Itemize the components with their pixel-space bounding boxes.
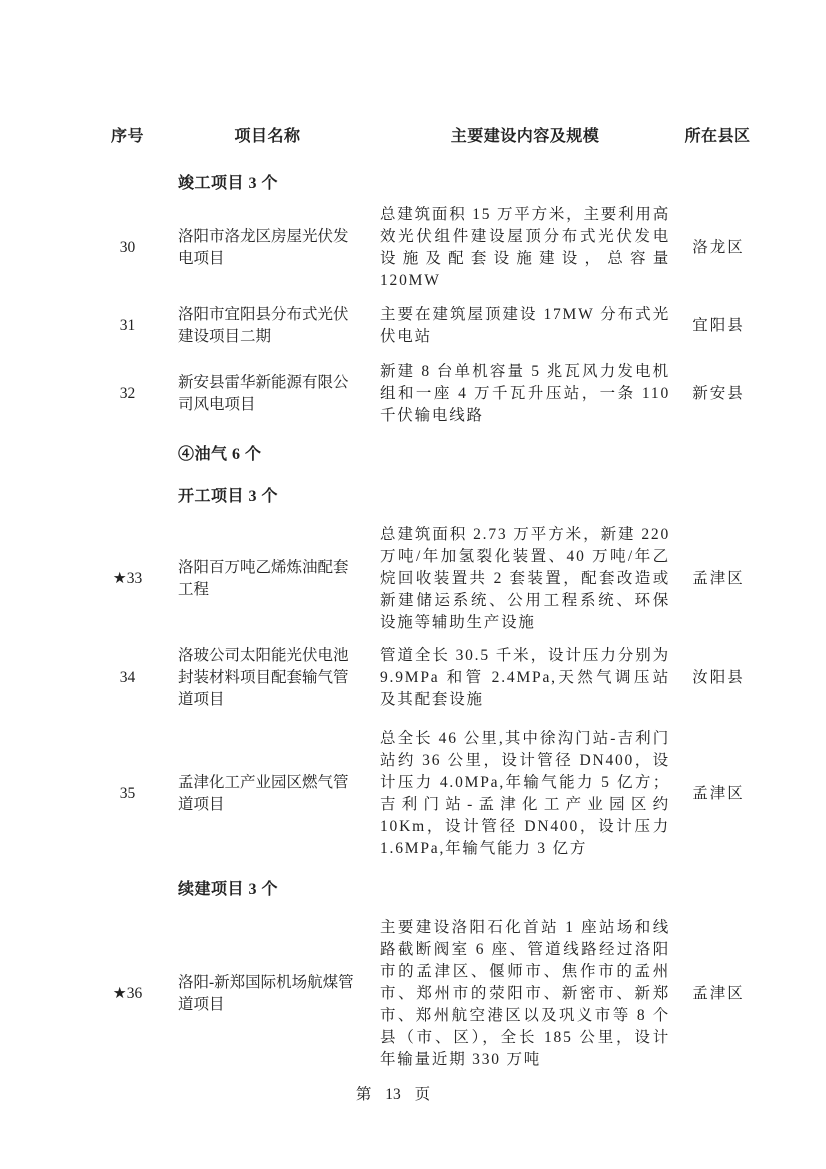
project-name: 新安县雷华新能源有限公司风电项目	[178, 372, 358, 416]
project-name-cell: 新安县雷华新能源有限公司风电项目	[155, 372, 380, 416]
project-row-32: 32 新安县雷华新能源有限公司风电项目 新建 8 台单机容量 5 兆瓦风力发电机…	[100, 361, 760, 427]
section-label: 续建项目 3 个	[155, 879, 380, 901]
project-name-cell: 洛阳市宜阳县分布式光伏建设项目二期	[155, 304, 380, 348]
row-number-text: 33	[127, 570, 143, 587]
project-name: 洛玻公司太阳能光伏电池封装材料项目配套输气管道项目	[178, 645, 358, 711]
project-row-31: 31 洛阳市宜阳县分布式光伏建设项目二期 主要在建筑屋顶建设 17MW 分布式光…	[100, 304, 760, 348]
project-name-cell: 洛阳百万吨乙烯炼油配套工程	[155, 557, 380, 601]
star-icon: ★	[113, 985, 127, 1002]
row-number: 35	[100, 783, 155, 805]
section-label: 竣工项目 3 个	[155, 173, 380, 195]
header-主要建设内容及规模: 主要建设内容及规模	[380, 126, 670, 148]
project-name: 洛阳-新郑国际机场航煤管道项目	[178, 972, 358, 1016]
section-row-start: 开工项目 3 个	[100, 486, 760, 508]
project-name-cell: 洛阳-新郑国际机场航煤管道项目	[155, 972, 380, 1016]
header-项目名称: 项目名称	[155, 126, 380, 148]
project-content: 总全长 46 公里,其中徐沟门站-吉利门站约 36 公里，设计管径 DN400，…	[380, 728, 670, 860]
row-number: ★33	[100, 568, 155, 590]
document-page: 序号 项目名称 主要建设内容及规模 所在县区 竣工项目 3 个 30 洛阳市洛龙…	[0, 0, 826, 1169]
page-number: 第 13 页	[0, 1082, 826, 1104]
project-content: 总建筑面积 2.73 万平方米，新建 220 万吨/年加氢裂化装置、40 万吨/…	[380, 524, 670, 634]
project-row-36: ★36 洛阳-新郑国际机场航煤管道项目 主要建设洛阳石化首站 1 座站场和线路截…	[100, 917, 760, 1071]
section-row-continue: 续建项目 3 个	[100, 879, 760, 901]
row-number: 34	[100, 667, 155, 689]
project-name: 洛阳百万吨乙烯炼油配套工程	[178, 557, 358, 601]
project-district: 孟津区	[670, 783, 765, 805]
section-label: 开工项目 3 个	[155, 486, 380, 508]
row-number: 30	[100, 237, 155, 259]
section-row-oil-gas: ④油气 6 个	[100, 444, 760, 466]
row-number: ★36	[100, 983, 155, 1005]
project-district: 宜阳县	[670, 315, 765, 337]
row-number-text: 36	[127, 985, 143, 1002]
project-district: 孟津区	[670, 568, 765, 590]
project-content: 主要建设洛阳石化首站 1 座站场和线路截断阀室 6 座、管道线路经过洛阳市的孟津…	[380, 917, 670, 1071]
project-row-35: 35 孟津化工产业园区燃气管道项目 总全长 46 公里,其中徐沟门站-吉利门站约…	[100, 728, 760, 860]
project-row-30: 30 洛阳市洛龙区房屋光伏发电项目 总建筑面积 15 万平方米，主要利用高效光伏…	[100, 204, 760, 292]
projects-table: 序号 项目名称 主要建设内容及规模 所在县区 竣工项目 3 个 30 洛阳市洛龙…	[100, 126, 760, 1071]
project-district: 新安县	[670, 383, 765, 405]
project-name: 洛阳市洛龙区房屋光伏发电项目	[178, 226, 358, 270]
header-序号: 序号	[100, 126, 155, 148]
project-content: 总建筑面积 15 万平方米，主要利用高效光伏组件建设屋顶分布式光伏发电设施及配套…	[380, 204, 670, 292]
section-label: ④油气 6 个	[155, 444, 380, 466]
project-name: 孟津化工产业园区燃气管道项目	[178, 772, 358, 816]
row-number: 31	[100, 315, 155, 337]
row-number: 32	[100, 383, 155, 405]
project-name-cell: 洛阳市洛龙区房屋光伏发电项目	[155, 226, 380, 270]
table-header-row: 序号 项目名称 主要建设内容及规模 所在县区	[100, 126, 760, 148]
project-name: 洛阳市宜阳县分布式光伏建设项目二期	[178, 304, 358, 348]
project-row-33: ★33 洛阳百万吨乙烯炼油配套工程 总建筑面积 2.73 万平方米，新建 220…	[100, 524, 760, 634]
project-district: 洛龙区	[670, 237, 765, 259]
project-name-cell: 洛玻公司太阳能光伏电池封装材料项目配套输气管道项目	[155, 645, 380, 711]
project-content: 管道全长 30.5 千米，设计压力分别为 9.9MPa 和管 2.4MPa,天然…	[380, 645, 670, 711]
project-district: 汝阳县	[670, 667, 765, 689]
project-row-34: 34 洛玻公司太阳能光伏电池封装材料项目配套输气管道项目 管道全长 30.5 千…	[100, 645, 760, 711]
star-icon: ★	[113, 570, 127, 587]
project-district: 孟津区	[670, 983, 765, 1005]
header-所在县区: 所在县区	[670, 126, 765, 148]
project-content: 主要在建筑屋顶建设 17MW 分布式光伏电站	[380, 304, 670, 348]
project-name-cell: 孟津化工产业园区燃气管道项目	[155, 772, 380, 816]
section-row-completed: 竣工项目 3 个	[100, 173, 760, 195]
project-content: 新建 8 台单机容量 5 兆瓦风力发电机组和一座 4 万千瓦升压站，一条 110…	[380, 361, 670, 427]
